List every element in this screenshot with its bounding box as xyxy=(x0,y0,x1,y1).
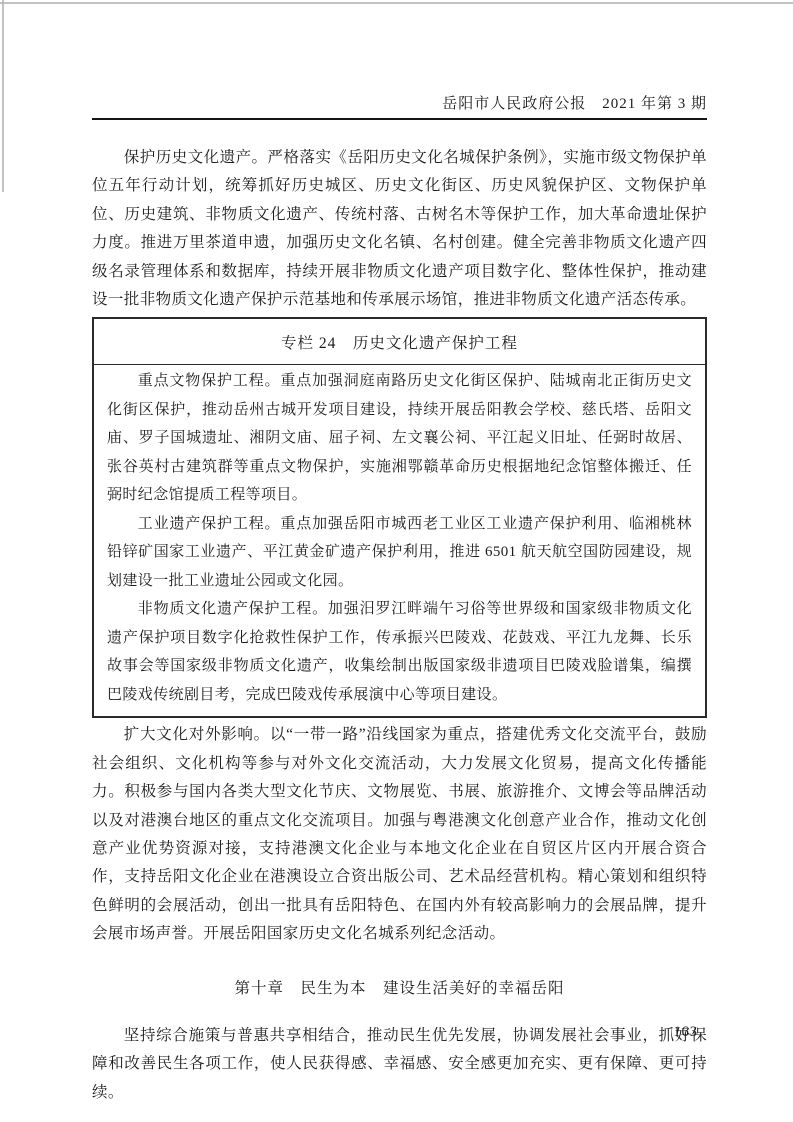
paragraph-heritage-protection: 保护历史文化遗产。严格落实《岳阳历史文化名城保护条例》，实施市级文物保护单位五年… xyxy=(92,144,707,314)
paragraph-livelihood: 坚持综合施策与普惠共享相结合，推动民生优先发展，协调发展社会事业，抓好保障和改善… xyxy=(92,1022,707,1107)
feature-box-paragraph-cultural-relics: 重点文物保护工程。重点加强洞庭南路历史文化街区保护、陆城南北正街历史文化街区保护… xyxy=(107,367,692,510)
feature-box-paragraph-intangible-heritage: 非物质文化遗产保护工程。加强汨罗江畔端午习俗等世界级和国家级非物质文化遗产保护项… xyxy=(107,595,692,709)
feature-box-24: 专栏 24 历史文化遗产保护工程 重点文物保护工程。重点加强洞庭南路历史文化街区… xyxy=(92,317,707,718)
paragraph-culture-influence: 扩大文化对外影响。以“一带一路”沿线国家为重点，搭建优秀文化交流平台，鼓励社会组… xyxy=(92,721,707,948)
feature-box-title: 专栏 24 历史文化遗产保护工程 xyxy=(94,319,705,365)
scan-edge-left xyxy=(2,0,4,192)
document-page: 岳阳市人民政府公报 2021 年第 3 期 保护历史文化遗产。严格落实《岳阳历史… xyxy=(0,0,793,1122)
header-rule xyxy=(92,118,707,120)
page-number: 163 xyxy=(673,1024,698,1041)
feature-box-body: 重点文物保护工程。重点加强洞庭南路历史文化街区保护、陆城南北正街历史文化街区保护… xyxy=(94,365,705,716)
gazette-header-title: 岳阳市人民政府公报 2021 年第 3 期 xyxy=(92,0,707,113)
chapter-heading: 第十章 民生为本 建设生活美好的幸福岳阳 xyxy=(92,976,707,998)
feature-box-paragraph-industrial-heritage: 工业遗产保护工程。重点加强岳阳市城西老工业区工业遗产保护利用、临湘桃林铅锌矿国家… xyxy=(107,510,692,596)
page-content: 岳阳市人民政府公报 2021 年第 3 期 保护历史文化遗产。严格落实《岳阳历史… xyxy=(92,0,707,1107)
